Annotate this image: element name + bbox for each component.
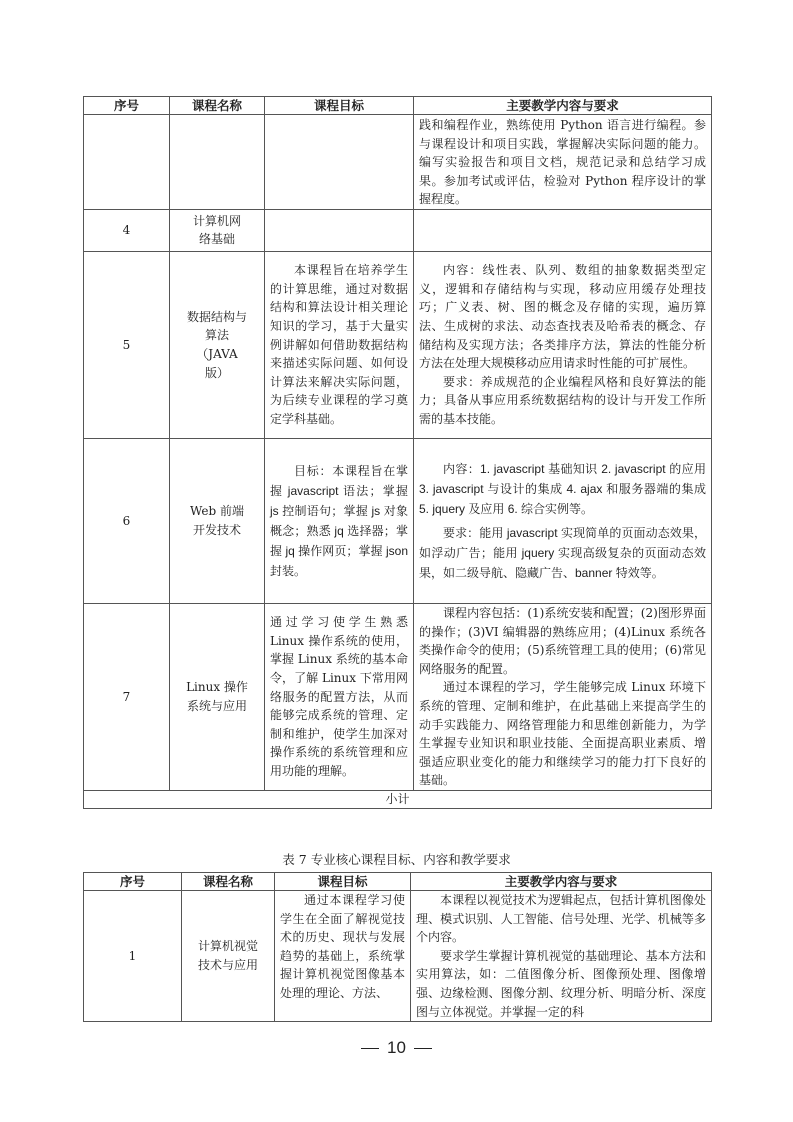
goal-paragraph: 本课程旨在培养学生的计算思维，通过对数据结构和算法设计相关理论知识的学习，基于大… [270,261,408,428]
cell-course-name: Linux 操作系统与应用 [170,603,265,790]
cell-course-goal [265,209,414,251]
requirement-paragraph: 要求：养成规范的企业编程风格和良好算法的能力；具备从事应用系统数据结构的设计与开… [419,373,706,429]
goal-paragraph: 目标：本课程旨在掌握 javascript 语法；掌握 js 控制语句；掌握 j… [270,461,408,581]
cell-no [84,115,170,210]
table-row: 1 计算机视觉技术与应用 通过本课程学习使学生在全面了解视觉技术的历史、现状与发… [84,891,712,1022]
table-row: 5 数据结构与算法（JAVA 版） 本课程旨在培养学生的计算思维，通过对数据结构… [84,251,712,438]
table-header-row: 序号 课程名称 课程目标 主要教学内容与要求 [84,97,712,115]
table-row: 7 Linux 操作系统与应用 通过学习使学生熟悉 Linux 操作系统的使用，… [84,603,712,790]
cell-course-goal: 本课程旨在培养学生的计算思维，通过对数据结构和算法设计相关理论知识的学习，基于大… [265,251,414,438]
cell-no: 6 [84,438,170,603]
course-name-text: 计算机网络基础 [193,214,241,247]
course-name-text: Linux 操作系统与应用 [186,680,248,713]
cell-course-name: 计算机网络基础 [170,209,265,251]
requirement-paragraph: 要求学生掌握计算机视觉的基础理论、基本方法和实用算法，如：二值图像分析、图像预处… [416,947,706,1021]
header-course-goal: 课程目标 [265,97,414,115]
subtotal-row: 小计 [84,790,712,808]
header-no: 序号 [84,97,170,115]
page-number-text: 10 [387,1038,406,1057]
cell-course-name: Web 前端开发技术 [170,438,265,603]
requirement-paragraph: 要求：能用 javascript 实现简单的页面动态效果，如浮动广告；能用 jq… [419,523,706,583]
course-name-text: Web 前端开发技术 [190,504,244,537]
table-caption: 表 7 专业核心课程目标、内容和教学要求 [0,850,793,868]
subtotal-label: 小计 [84,790,712,808]
cell-no: 4 [84,209,170,251]
cell-content [414,209,712,251]
outcome-paragraph: 通过本课程的学习，学生能够完成 Linux 环境下系统的管理、定制和维护，在此基… [419,678,706,790]
core-course-table: 序号 课程名称 课程目标 主要教学内容与要求 1 计算机视觉技术与应用 通过本课… [83,872,712,1022]
dash-left [361,1048,379,1049]
header-course-goal: 课程目标 [275,873,411,891]
cell-content: 课程内容包括：(1)系统安装和配置；(2)图形界面的操作；(3)VI 编辑器的熟… [414,603,712,790]
cell-no: 7 [84,603,170,790]
cell-course-goal: 通过本课程学习使学生在全面了解视觉技术的历史、现状与发展趋势的基础上，系统掌握计… [275,891,411,1022]
table-header-row: 序号 课程名称 课程目标 主要教学内容与要求 [84,873,712,891]
cell-course-name [170,115,265,210]
header-course-name: 课程名称 [170,97,265,115]
content-paragraph: 课程内容包括：(1)系统安装和配置；(2)图形界面的操作；(3)VI 编辑器的熟… [419,604,706,678]
page-number: 10 [0,1038,793,1058]
course-table-continued: 序号 课程名称 课程目标 主要教学内容与要求 践和编程作业，熟练使用 Pytho… [83,96,712,809]
header-no: 序号 [84,873,182,891]
cell-no: 1 [84,891,182,1022]
cell-content: 践和编程作业，熟练使用 Python 语言进行编程。参与课程设计和项目实践，掌握… [414,115,712,210]
goal-paragraph: 通过学习使学生熟悉 Linux 操作系统的使用，掌握 Linux 系统的基本命令… [270,613,408,780]
table-row: 6 Web 前端开发技术 目标：本课程旨在掌握 javascript 语法；掌握… [84,438,712,603]
cell-course-goal [265,115,414,210]
header-content: 主要教学内容与要求 [414,97,712,115]
table-row: 4 计算机网络基础 [84,209,712,251]
content-paragraph: 内容：线性表、队列、数组的抽象数据类型定义，逻辑和存储结构与实现，移动应用缓存处… [419,261,706,373]
course-name-text: 数据结构与算法（JAVA 版） [187,310,247,380]
cell-content: 内容：1. javascript 基础知识 2. javascript 的应用 … [414,438,712,603]
cell-content: 本课程以视觉技术为逻辑起点，包括计算机图像处理、模式识别、人工智能、信号处理、光… [411,891,712,1022]
cell-course-name: 计算机视觉技术与应用 [182,891,275,1022]
header-course-name: 课程名称 [182,873,275,891]
cell-course-name: 数据结构与算法（JAVA 版） [170,251,265,438]
cell-course-goal: 目标：本课程旨在掌握 javascript 语法；掌握 js 控制语句；掌握 j… [265,438,414,603]
cell-no: 5 [84,251,170,438]
content-paragraph: 内容：1. javascript 基础知识 2. javascript 的应用 … [419,459,706,519]
content-paragraph: 本课程以视觉技术为逻辑起点，包括计算机图像处理、模式识别、人工智能、信号处理、光… [416,891,706,947]
goal-paragraph: 通过本课程学习使学生在全面了解视觉技术的历史、现状与发展趋势的基础上，系统掌握计… [280,891,405,1003]
cell-course-goal: 通过学习使学生熟悉 Linux 操作系统的使用，掌握 Linux 系统的基本命令… [265,603,414,790]
table-row: 践和编程作业，熟练使用 Python 语言进行编程。参与课程设计和项目实践，掌握… [84,115,712,210]
dash-right [414,1048,432,1049]
content-paragraph: 践和编程作业，熟练使用 Python 语言进行编程。参与课程设计和项目实践，掌握… [419,116,706,209]
header-content: 主要教学内容与要求 [411,873,712,891]
cell-content: 内容：线性表、队列、数组的抽象数据类型定义，逻辑和存储结构与实现，移动应用缓存处… [414,251,712,438]
course-name-text: 计算机视觉技术与应用 [198,939,258,972]
